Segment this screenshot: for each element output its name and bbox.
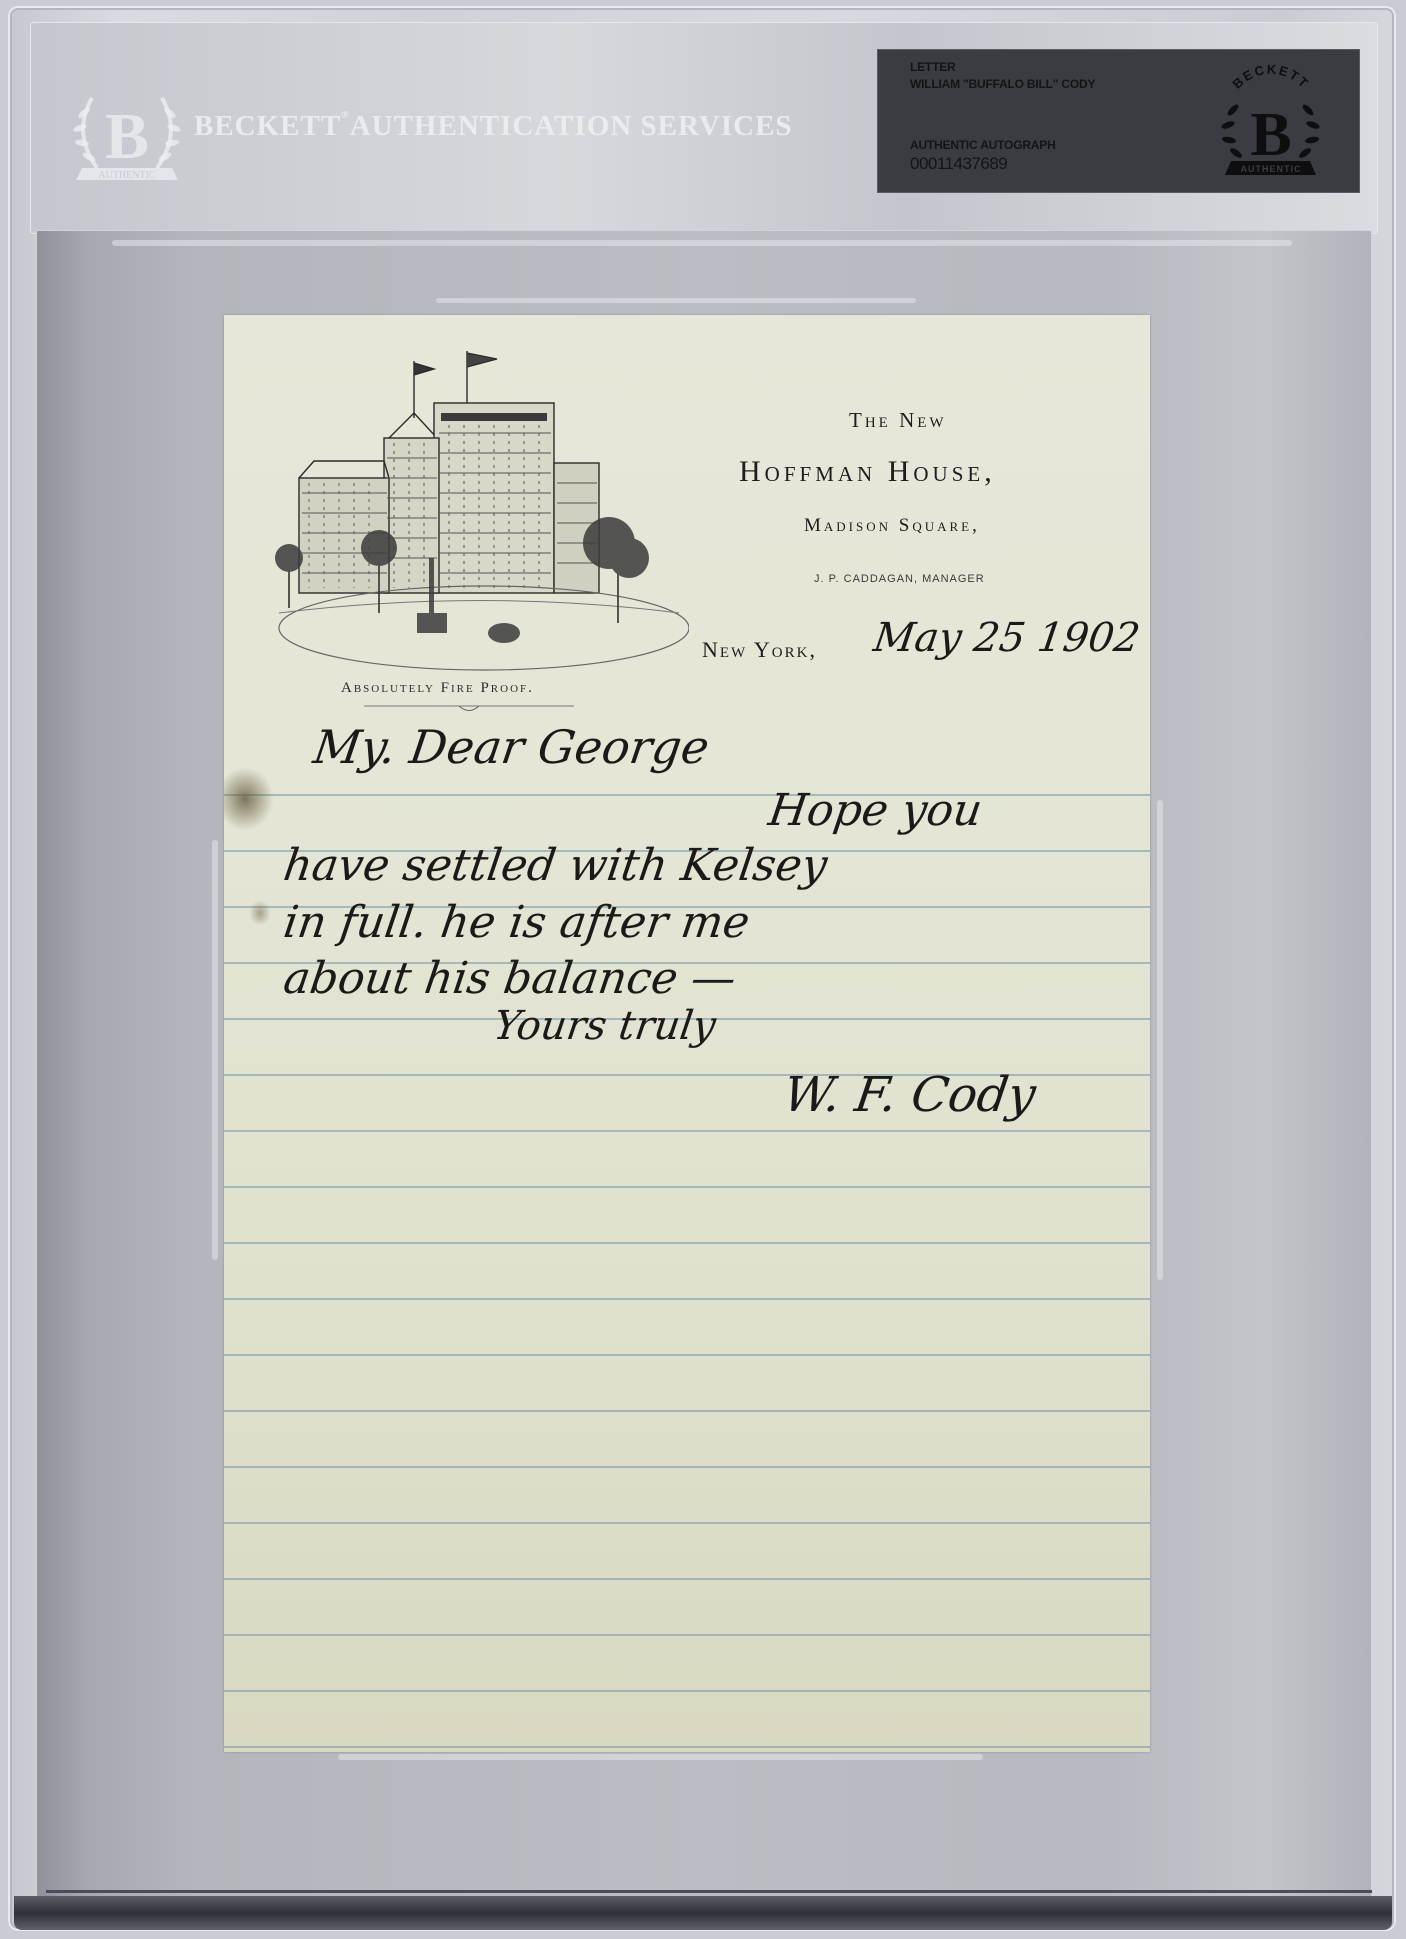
letterhead-city: New York, (702, 637, 817, 663)
letterhead-hotel-name: Hoffman House, (739, 455, 996, 489)
letterhead-the-new: The New (849, 408, 947, 433)
ink-stain (224, 767, 274, 831)
svg-text:AUTHENTIC: AUTHENTIC (1241, 164, 1302, 174)
letterhead-location: Madison Square, (804, 515, 980, 537)
label-item-type: LETTER (910, 60, 955, 74)
beckett-authentication-services-wordmark: BECKETT®AUTHENTICATION SERVICES (194, 110, 793, 143)
certification-label: LETTER WILLIAM "BUFFALO BILL" CODY AUTHE… (877, 49, 1360, 193)
holder-bottom-seam (46, 1890, 1372, 1893)
ornament-divider-icon (364, 703, 574, 713)
label-grade-text: AUTHENTIC AUTOGRAPH (910, 138, 1056, 152)
ink-spot (249, 900, 271, 926)
letterhead-manager: J. P. CADDAGAN, MANAGER (814, 573, 985, 585)
label-cert-number: 00011437689 (910, 154, 1007, 174)
handwritten-salutation: My. Dear George (310, 720, 712, 774)
holder-bottom-edge (14, 1896, 1392, 1930)
ruled-lines (224, 740, 1150, 1752)
holder-rail-left (212, 840, 218, 1260)
holder-rail-inner-top (436, 298, 916, 303)
handwritten-body-line: have settled with Kelsey (280, 840, 830, 891)
letterhead-tagline: Absolutely Fire Proof. (341, 680, 534, 697)
svg-text:BECKETT: BECKETT (1230, 62, 1313, 92)
holder-rail-right (1157, 800, 1163, 1280)
handwritten-body-line: about his balance — (280, 953, 739, 1004)
handwritten-body-line: Hope you (765, 785, 985, 836)
svg-text:AUTHENTIC: AUTHENTIC (98, 170, 156, 181)
beckett-authentic-logo-icon: BECKETT B AUTHENTIC (1203, 55, 1338, 185)
letter-page: The New Hoffman House, Madison Square, J… (224, 315, 1150, 1752)
svg-text:B: B (1250, 101, 1291, 169)
handwritten-body-line: in full. he is after me (280, 897, 752, 948)
brand-tagline: AUTHENTICATION SERVICES (350, 110, 793, 142)
holder-rail-top (112, 240, 1292, 246)
label-subject: WILLIAM "BUFFALO BILL" CODY (910, 77, 1095, 91)
handwritten-signature: W. F. Cody (780, 1067, 1039, 1123)
registered-mark: ® (341, 110, 349, 121)
svg-text:B: B (105, 100, 149, 173)
handwritten-date: May 25 1902 (871, 615, 1143, 661)
handwritten-closing: Yours truly (491, 1003, 719, 1049)
beckett-watermark-logo-icon: B AUTHENTIC (62, 68, 192, 198)
holder-rail-bottom (338, 1754, 983, 1760)
brand-name: BECKETT (194, 110, 341, 142)
hoffman-house-engraving-icon (269, 343, 689, 673)
